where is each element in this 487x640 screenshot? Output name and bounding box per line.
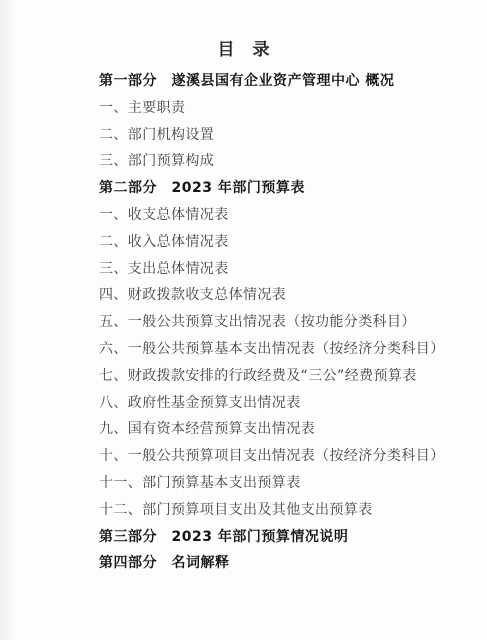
- toc-item-1: 一、主要职责: [99, 95, 459, 122]
- toc-item-3: 三、部门预算构成: [99, 148, 459, 175]
- toc-section-part3: 第三部分 2023 年部门预算情况说明: [99, 524, 459, 551]
- toc-item-6: 三、支出总体情况表: [99, 256, 459, 283]
- toc-item-11: 八、政府性基金预算支出情况表: [99, 390, 459, 417]
- document-page: 目 录 第一部分 遂溪县国有企业资产管理中心 概况 一、主要职责 二、部门机构设…: [0, 0, 487, 640]
- toc-item-14: 十一、部门预算基本支出预算表: [99, 470, 459, 497]
- page-title: 目 录: [0, 38, 487, 62]
- toc-item-7: 四、财政拨款收支总体情况表: [99, 282, 459, 309]
- toc-item-2: 二、部门机构设置: [99, 122, 459, 149]
- page-edge-shading: [0, 0, 16, 640]
- toc-item-12: 九、国有资本经营预算支出情况表: [99, 416, 459, 443]
- toc-item-13: 十、一般公共预算项目支出情况表（按经济分类科目）: [99, 443, 459, 470]
- toc-item-10: 七、财政拨款安排的行政经费及“三公”经费预算表: [99, 363, 459, 390]
- toc-item-5: 二、收入总体情况表: [99, 229, 459, 256]
- toc-section-part2: 第二部分 2023 年部门预算表: [99, 175, 459, 202]
- toc-section-part1: 第一部分 遂溪县国有企业资产管理中心 概况: [99, 68, 459, 95]
- table-of-contents: 第一部分 遂溪县国有企业资产管理中心 概况 一、主要职责 二、部门机构设置 三、…: [99, 68, 459, 577]
- toc-item-15: 十二、部门预算项目支出及其他支出预算表: [99, 497, 459, 524]
- toc-section-part4: 第四部分 名词解释: [99, 550, 459, 577]
- toc-item-8: 五、一般公共预算支出情况表（按功能分类科目）: [99, 309, 459, 336]
- toc-item-4: 一、收支总体情况表: [99, 202, 459, 229]
- toc-item-9: 六、一般公共预算基本支出情况表（按经济分类科目）: [99, 336, 459, 363]
